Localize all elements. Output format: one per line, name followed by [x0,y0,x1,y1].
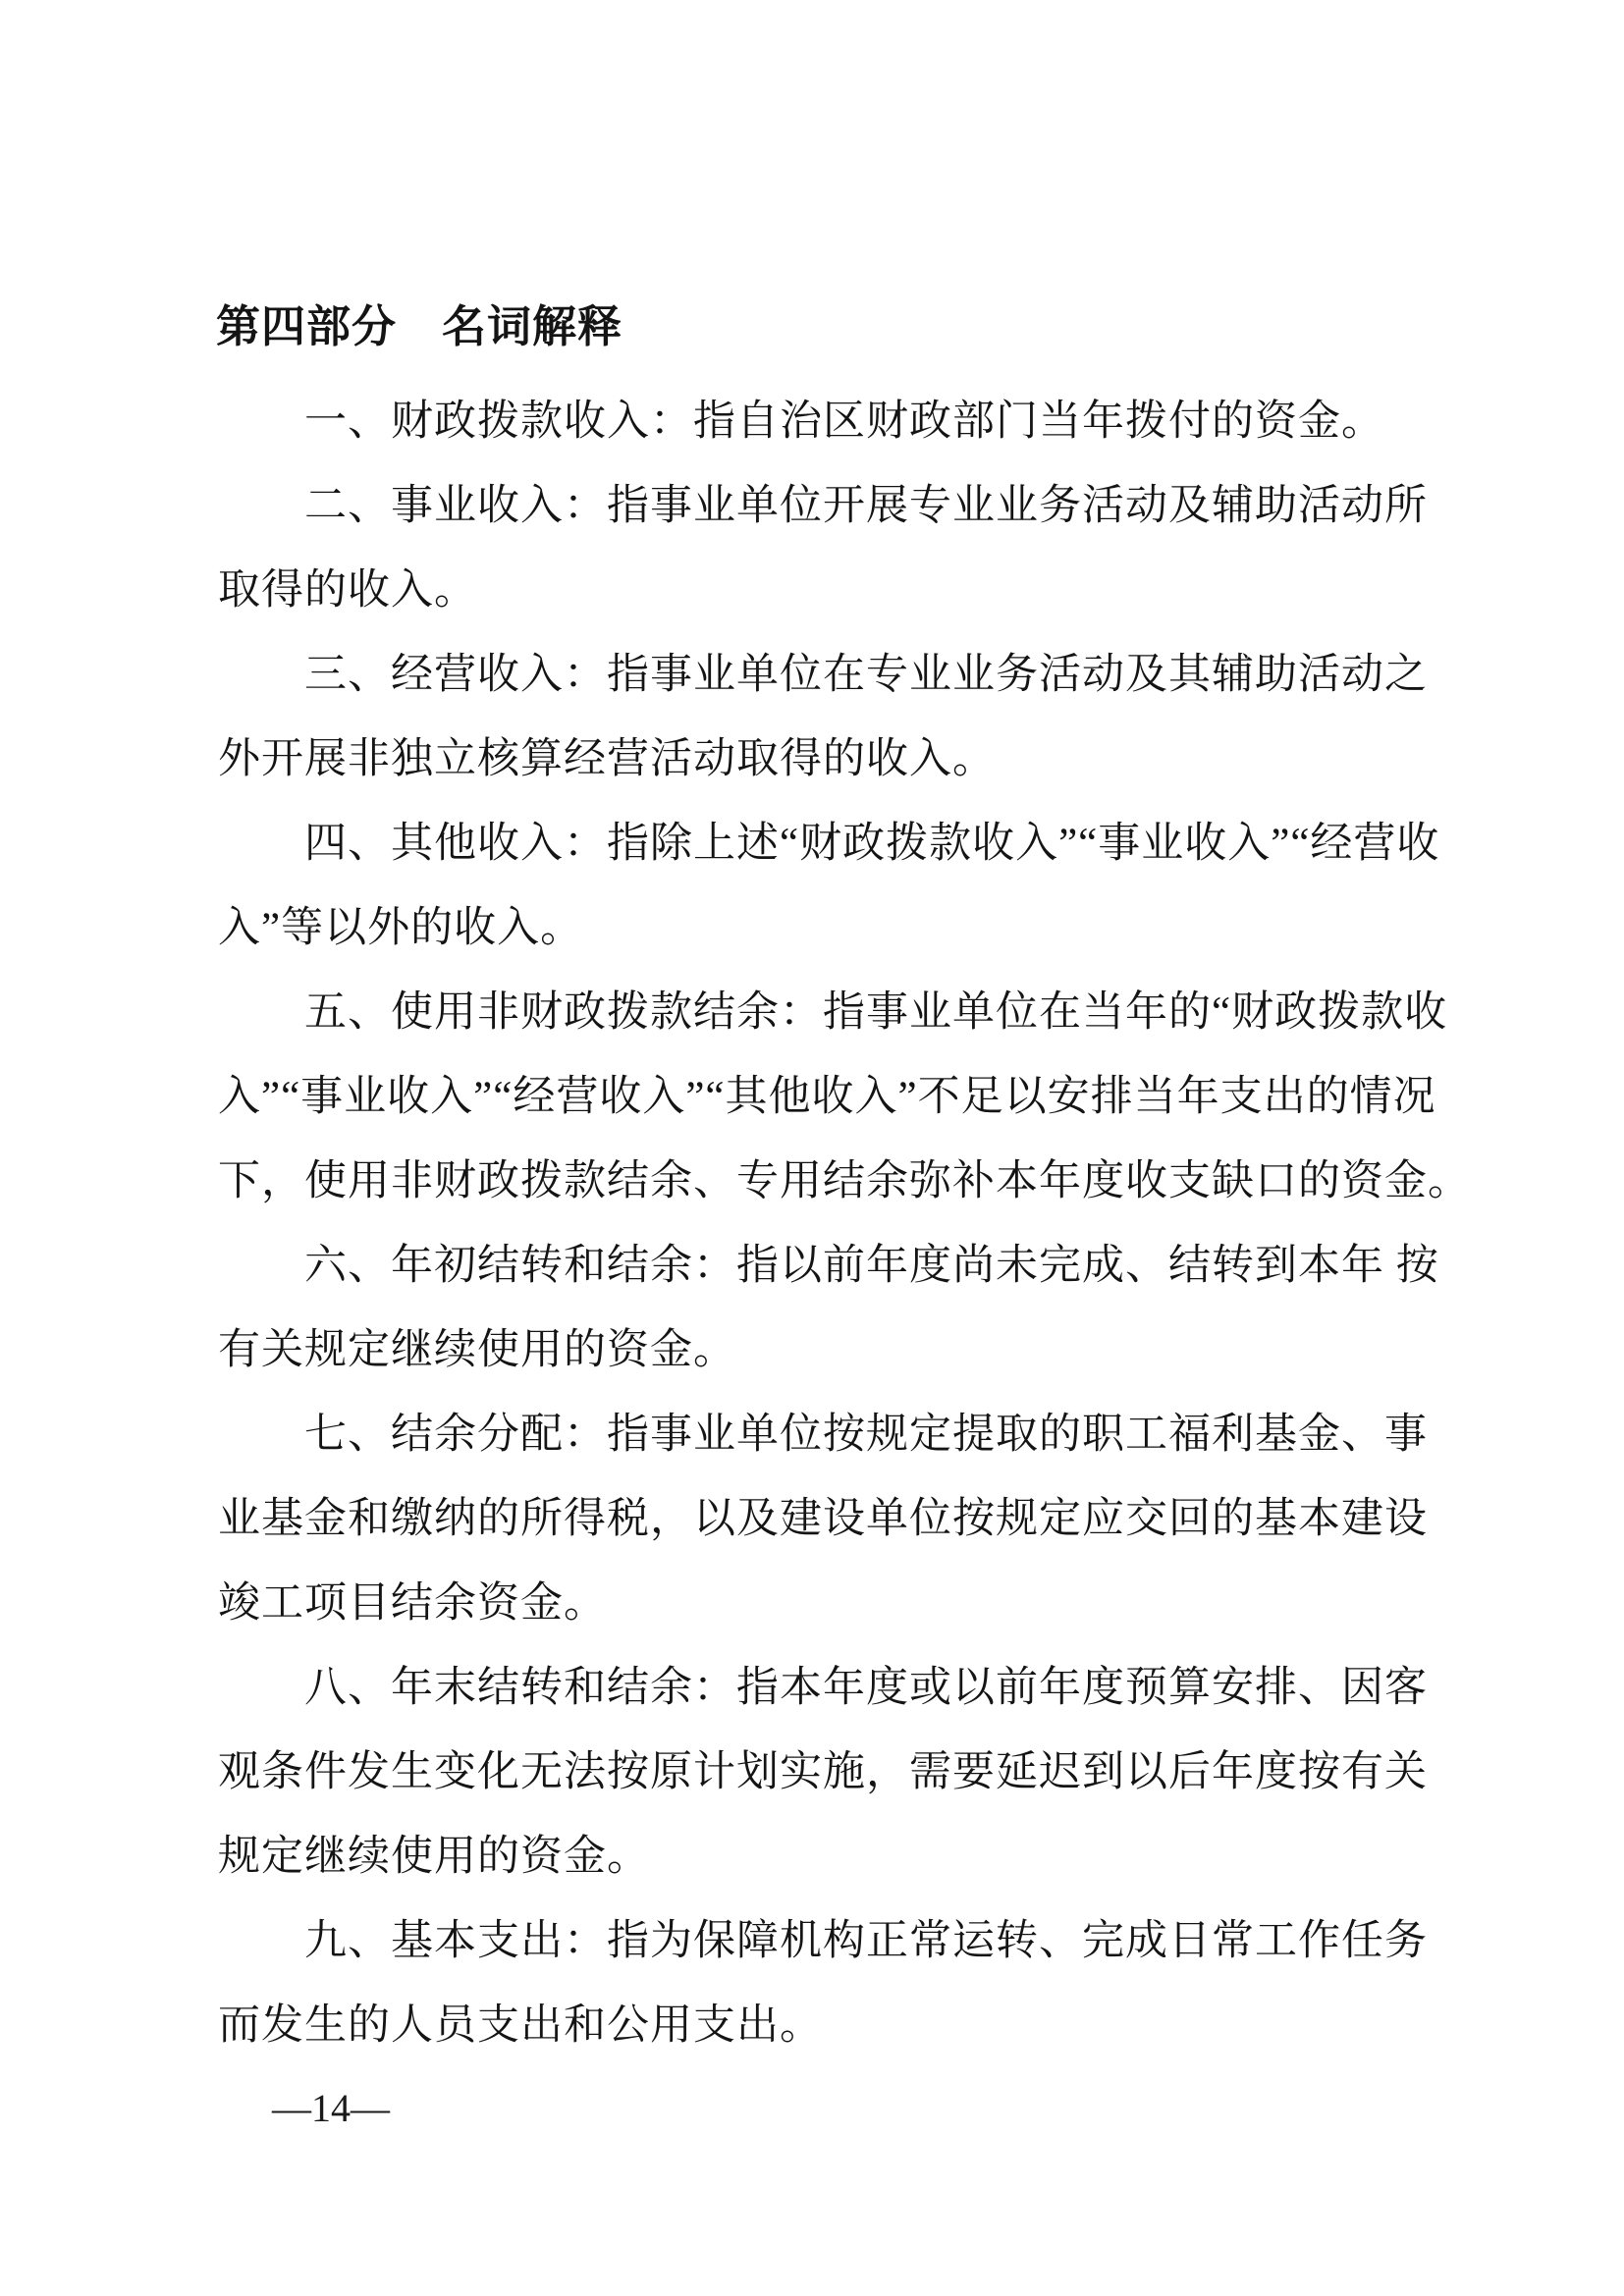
body-line: 六、年初结转和结余：指以前年度尚未完成、结转到本年 按 [218,1224,1475,1308]
body-line: 业基金和缴纳的所得税，以及建设单位按规定应交回的基本建设 [218,1477,1475,1562]
body-text: 一、财政拨款收入：指自治区财政部门当年拨付的资金。 二、事业收入：指事业单位开展… [218,380,1475,2068]
body-line: 五、使用非财政拨款结余：指事业单位在当年的“财政拨款收 [218,971,1475,1055]
body-line: 入”等以外的收入。 [218,886,1475,971]
body-line: 三、经营收入：指事业单位在专业业务活动及其辅助活动之 [218,633,1475,718]
body-line: 七、结余分配：指事业单位按规定提取的职工福利基金、事 [218,1393,1475,1477]
body-line: 九、基本支出：指为保障机构正常运转、完成日常工作任务 [218,1899,1475,1984]
body-line: 八、年末结转和结余：指本年度或以前年度预算安排、因客 [218,1646,1475,1731]
body-line: 观条件发生变化无法按原计划实施，需要延迟到以后年度按有关 [218,1731,1475,1815]
body-line: 规定继续使用的资金。 [218,1815,1475,1899]
body-line: 而发生的人员支出和公用支出。 [218,1984,1475,2068]
document-page: 第四部分 名词解释 一、财政拨款收入：指自治区财政部门当年拨付的资金。 二、事业… [0,0,1624,2296]
page-number: —14— [272,2087,390,2130]
body-line: 入”“事业收入”“经营收入”“其他收入”不足以安排当年支出的情况 [218,1055,1475,1140]
body-line: 四、其他收入：指除上述“财政拨款收入”“事业收入”“经营收 [218,802,1475,886]
body-line: 二、事业收入：指事业单位开展专业业务活动及辅助活动所 [218,464,1475,549]
body-line: 外开展非独立核算经营活动取得的收入。 [218,718,1475,802]
body-line: 取得的收入。 [218,549,1475,633]
body-line: 一、财政拨款收入：指自治区财政部门当年拨付的资金。 [218,380,1475,464]
body-line: 下，使用非财政拨款结余、专用结余弥补本年度收支缺口的资金。 [218,1140,1475,1224]
body-line: 有关规定继续使用的资金。 [218,1308,1475,1393]
body-line: 竣工项目结余资金。 [218,1562,1475,1646]
section-heading: 第四部分 名词解释 [216,303,623,350]
